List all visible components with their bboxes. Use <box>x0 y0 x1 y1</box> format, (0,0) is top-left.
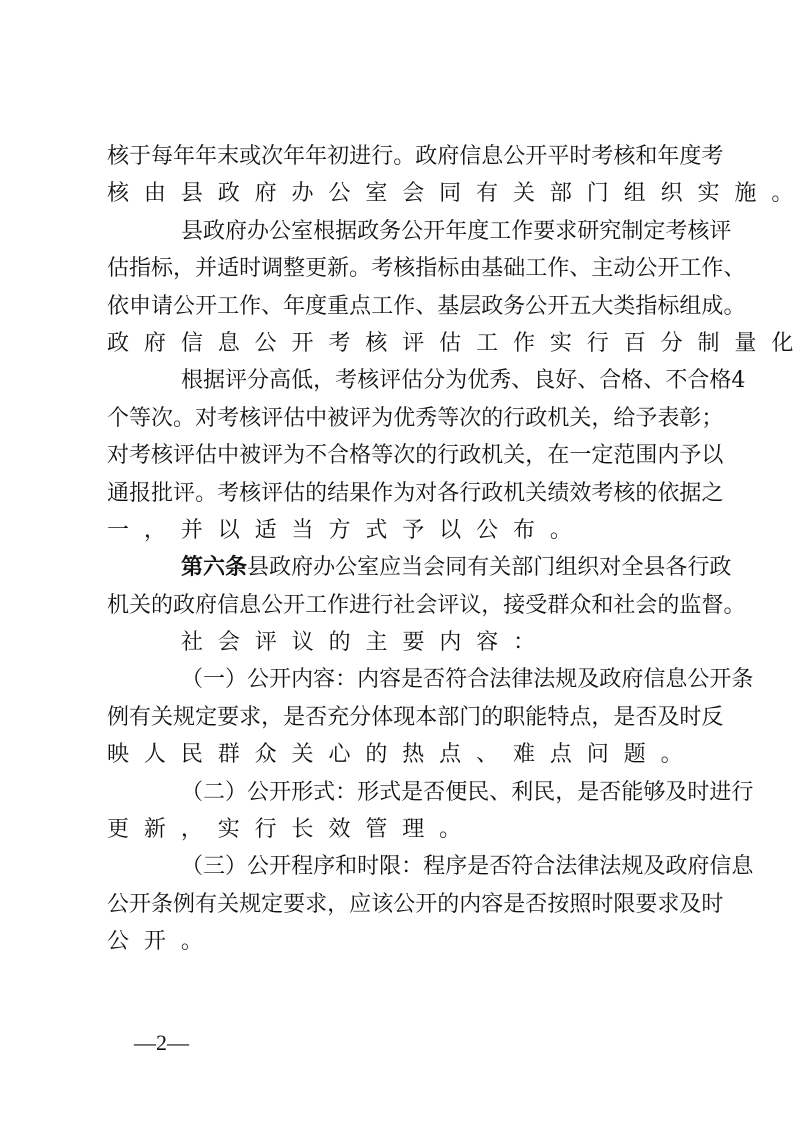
text-line: （一）公开内容：内容是否符合法律法规及政府信息公开条 <box>107 661 699 698</box>
text-line: 通报批评。考核评估的结果作为对各行政机关绩效考核的依据之 <box>107 475 699 512</box>
text-line: 社会评议的主要内容： <box>107 624 699 661</box>
text-line: （二）公开形式：形式是否便民、利民，是否能够及时进行 <box>107 774 699 811</box>
text-line: 映人民群众关心的热点、难点问题。 <box>107 736 699 773</box>
text-line: 估指标，并适时调整更新。考核指标由基础工作、主动公开工作、 <box>107 250 699 287</box>
text-line: 根据评分高低，考核评估分为优秀、良好、合格、不合格4 <box>107 362 699 399</box>
text-line: 县政府办公室根据政务公开年度工作要求研究制定考核评 <box>107 213 699 250</box>
text-line: 依申请公开工作、年度重点工作、基层政务公开五大类指标组成。 <box>107 288 699 325</box>
text-line: 更新，实行长效管理。 <box>107 811 699 848</box>
page-number: —2— <box>134 1030 189 1056</box>
text-line: 一，并以适当方式予以公布。 <box>107 512 699 549</box>
text-line: 对考核评估中被评为不合格等次的行政机关，在一定范围内予以 <box>107 437 699 474</box>
text-line: 政府信息公开考核评估工作实行百分制量化标准。 <box>107 325 699 362</box>
text-line: 机关的政府信息公开工作进行社会评议，接受群众和社会的监督。 <box>107 587 699 624</box>
text-line: （三）公开程序和时限：程序是否符合法律法规及政府信息 <box>107 848 699 885</box>
text-line: 核由县政府办公室会同有关部门组织实施。 <box>107 175 699 212</box>
text-line: 公开。 <box>107 923 699 960</box>
text-line: 公开条例有关规定要求，应该公开的内容是否按照时限要求及时 <box>107 886 699 923</box>
text-line: 例有关规定要求，是否充分体现本部门的职能特点，是否及时反 <box>107 699 699 736</box>
document-body: 核于每年年末或次年年初进行。政府信息公开平时考核和年度考核由县政府办公室会同有关… <box>107 138 699 961</box>
text-line: 第六条县政府办公室应当会同有关部门组织对全县各行政 <box>107 549 699 586</box>
text-line: 核于每年年末或次年年初进行。政府信息公开平时考核和年度考 <box>107 138 699 175</box>
text-line: 个等次。对考核评估中被评为优秀等次的行政机关，给予表彰； <box>107 400 699 437</box>
